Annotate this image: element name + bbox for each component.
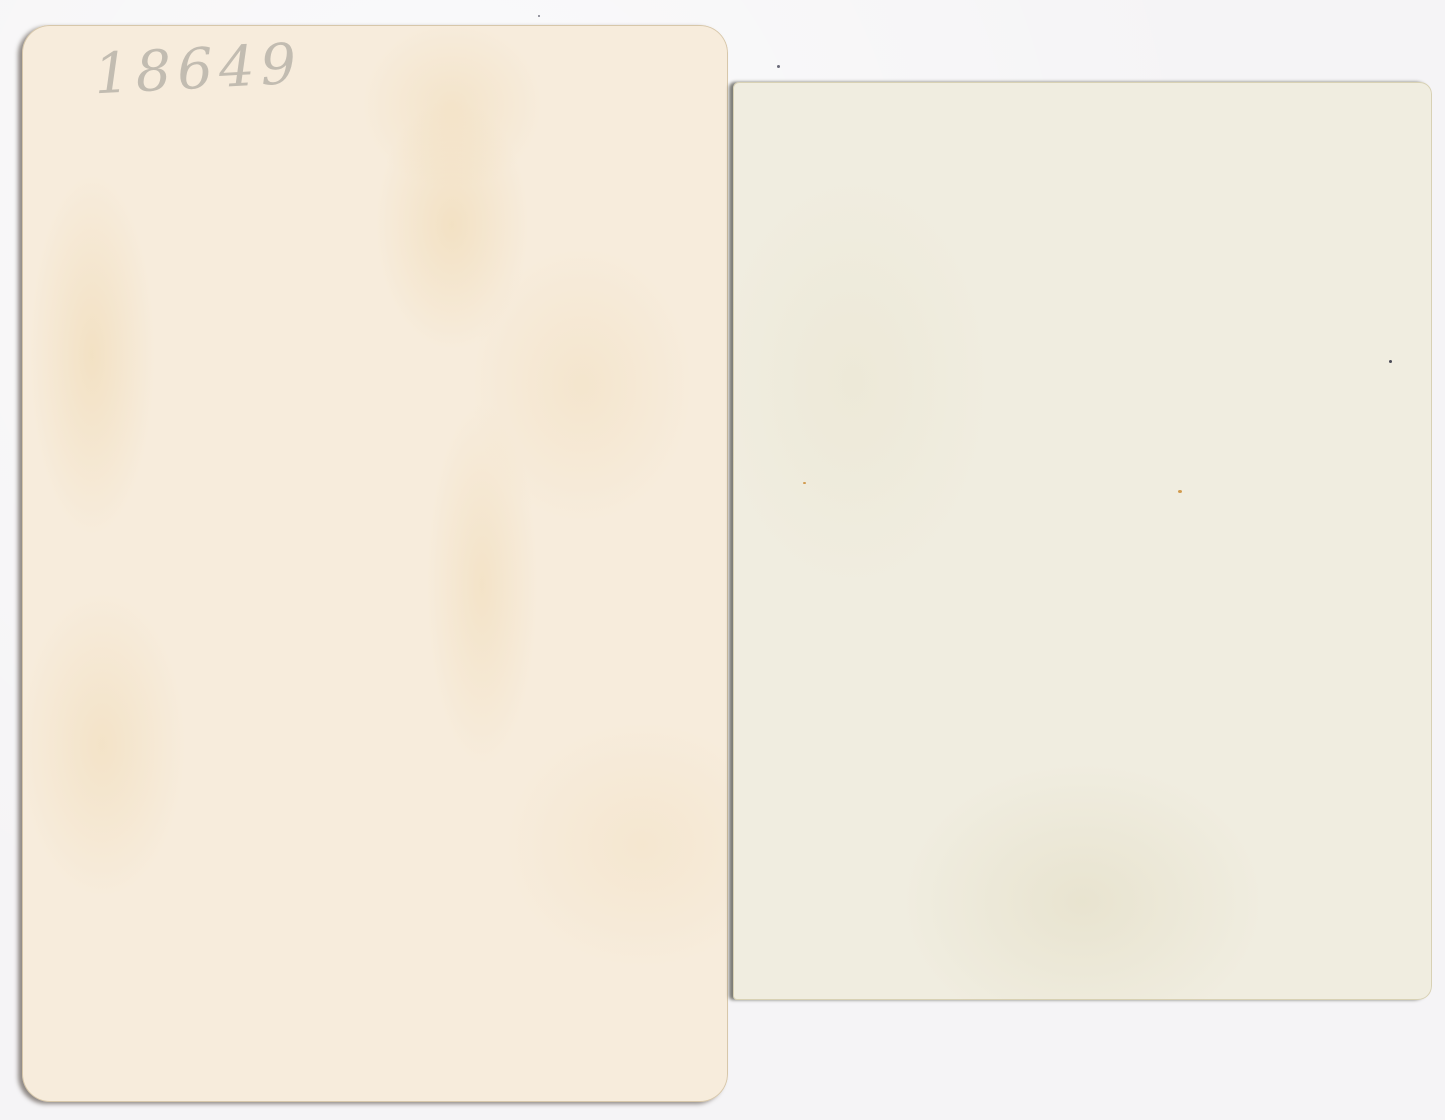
right-card-back [733,82,1432,1000]
foxing-spot [1178,490,1182,493]
scan-dust-speck [1389,360,1392,363]
handwritten-inventory-number: 18649 [92,32,303,108]
scan-dust-speck [777,65,780,68]
left-card-back: 18649 [22,25,728,1102]
foxing-spot [803,482,806,484]
scan-dust-speck [538,15,540,17]
